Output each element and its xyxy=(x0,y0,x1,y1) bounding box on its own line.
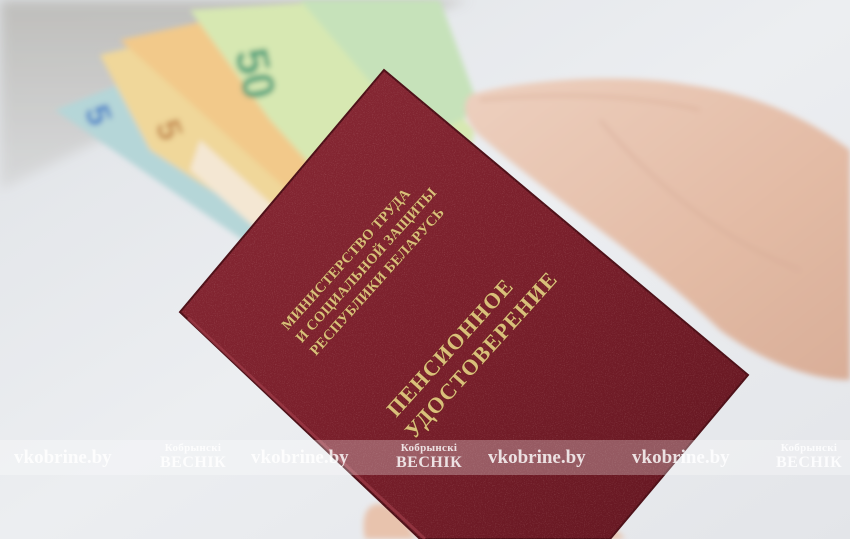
watermark-url: vkobrine.by xyxy=(488,440,586,475)
watermark-url: vkobrine.by xyxy=(14,440,112,475)
watermark-logo: Кобрынскі ВЕСНІК xyxy=(396,440,462,475)
watermark-logo: Кобрынскі ВЕСНІК xyxy=(160,440,226,475)
watermark-url: vkobrine.by xyxy=(251,440,349,475)
watermark-url: vkobrine.by xyxy=(632,440,730,475)
watermark-logo: Кобрынскі ВЕСНІК xyxy=(776,440,842,475)
svg-text:50: 50 xyxy=(225,43,287,104)
